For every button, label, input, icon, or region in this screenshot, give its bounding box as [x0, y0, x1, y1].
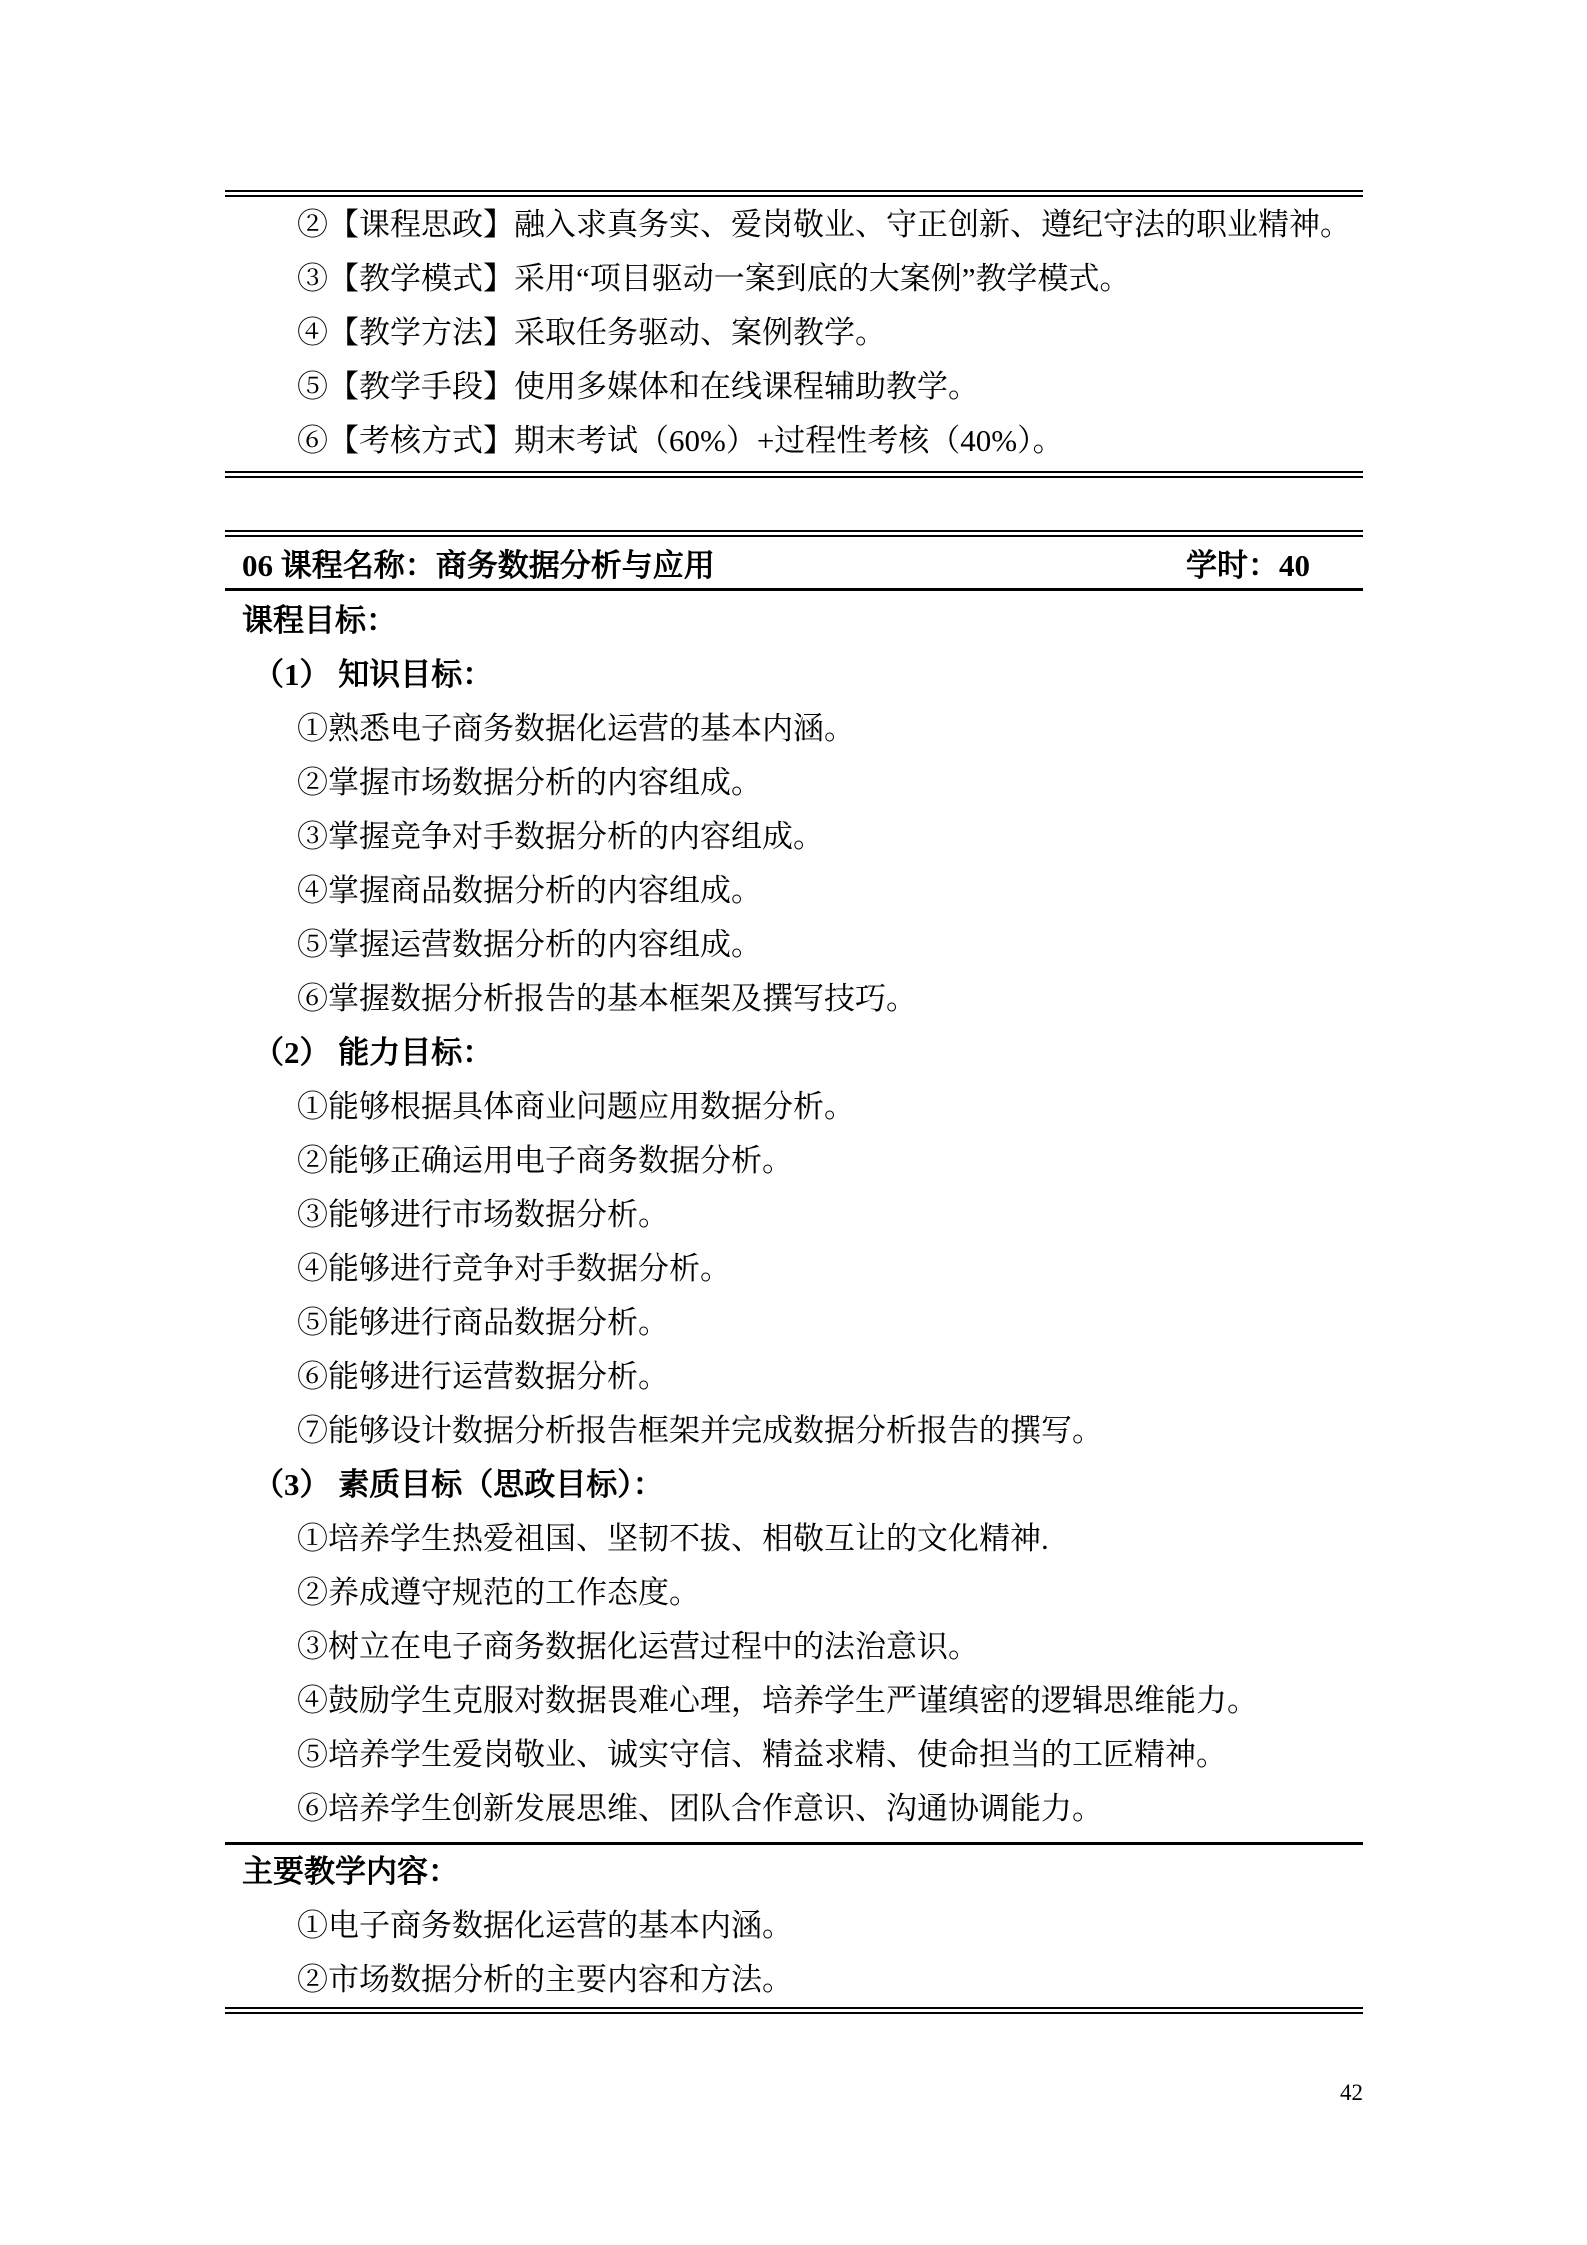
list-item: ④鼓励学生克服对数据畏难心理，培养学生严谨缜密的逻辑思维能力。: [225, 1674, 1363, 1728]
list-item: ③能够进行市场数据分析。: [225, 1188, 1363, 1242]
course-table: 06 课程名称：商务数据分析与应用 学时：40 课程目标： （1） 知识目标： …: [225, 530, 1363, 2014]
document-page: ②【课程思政】融入求真务实、爱岗敬业、守正创新、遵纪守法的职业精神。 ③【教学模…: [0, 0, 1587, 2245]
list-item: ②市场数据分析的主要内容和方法。: [225, 1953, 1363, 2007]
list-item: ②掌握市场数据分析的内容组成。: [225, 756, 1363, 810]
list-item: ⑤【教学手段】使用多媒体和在线课程辅助教学。: [225, 360, 1363, 414]
teaching-content-row: 主要教学内容： ①电子商务数据化运营的基本内涵。 ②市场数据分析的主要内容和方法…: [225, 1845, 1363, 2014]
list-item: ⑥培养学生创新发展思维、团队合作意识、沟通协调能力。: [225, 1782, 1363, 1836]
list-item: ⑦能够设计数据分析报告框架并完成数据分析报告的撰写。: [225, 1404, 1363, 1458]
teaching-content-heading: 主要教学内容：: [225, 1845, 1363, 1899]
list-item: ③树立在电子商务数据化运营过程中的法治意识。: [225, 1620, 1363, 1674]
list-item: ⑥能够进行运营数据分析。: [225, 1350, 1363, 1404]
course-title: 06 课程名称：商务数据分析与应用: [242, 540, 715, 585]
group-heading-knowledge: （1） 知识目标：: [225, 648, 1363, 702]
list-item: ⑤能够进行商品数据分析。: [225, 1296, 1363, 1350]
course-objectives-row: 课程目标： （1） 知识目标： ①熟悉电子商务数据化运营的基本内涵。 ②掌握市场…: [225, 591, 1363, 1845]
list-item: ①培养学生热爱祖国、坚韧不拔、相敬互让的文化精神.: [225, 1512, 1363, 1566]
list-item: ②【课程思政】融入求真务实、爱岗敬业、守正创新、遵纪守法的职业精神。: [225, 198, 1363, 252]
course-hours: 学时：40: [1186, 540, 1310, 585]
list-item: ⑤培养学生爱岗敬业、诚实守信、精益求精、使命担当的工匠精神。: [225, 1728, 1363, 1782]
group-heading-ability: （2） 能力目标：: [225, 1026, 1363, 1080]
list-item: ②养成遵守规范的工作态度。: [225, 1566, 1363, 1620]
objectives-heading: 课程目标：: [225, 594, 1363, 648]
course-header-row: 06 课程名称：商务数据分析与应用 学时：40: [225, 537, 1363, 591]
list-item: ③【教学模式】采用“项目驱动一案到底的大案例”教学模式。: [225, 252, 1363, 306]
list-item: ④【教学方法】采取任务驱动、案例教学。: [225, 306, 1363, 360]
page-number: 42: [1340, 2078, 1363, 2108]
list-item: ④能够进行竞争对手数据分析。: [225, 1242, 1363, 1296]
list-item: ③掌握竞争对手数据分析的内容组成。: [225, 810, 1363, 864]
list-item: ⑥掌握数据分析报告的基本框架及撰写技巧。: [225, 972, 1363, 1026]
list-item: ②能够正确运用电子商务数据分析。: [225, 1134, 1363, 1188]
list-item: ①熟悉电子商务数据化运营的基本内涵。: [225, 702, 1363, 756]
group-heading-quality: （3） 素质目标（思政目标）：: [225, 1458, 1363, 1512]
previous-course-section: ②【课程思政】融入求真务实、爱岗敬业、守正创新、遵纪守法的职业精神。 ③【教学模…: [225, 190, 1363, 478]
page-content: ②【课程思政】融入求真务实、爱岗敬业、守正创新、遵纪守法的职业精神。 ③【教学模…: [225, 190, 1363, 2014]
list-item: ①能够根据具体商业问题应用数据分析。: [225, 1080, 1363, 1134]
list-item: ①电子商务数据化运营的基本内涵。: [225, 1899, 1363, 1953]
list-item: ④掌握商品数据分析的内容组成。: [225, 864, 1363, 918]
list-item: ⑥【考核方式】期末考试（60%）+过程性考核（40%）。: [225, 414, 1363, 468]
list-item: ⑤掌握运营数据分析的内容组成。: [225, 918, 1363, 972]
